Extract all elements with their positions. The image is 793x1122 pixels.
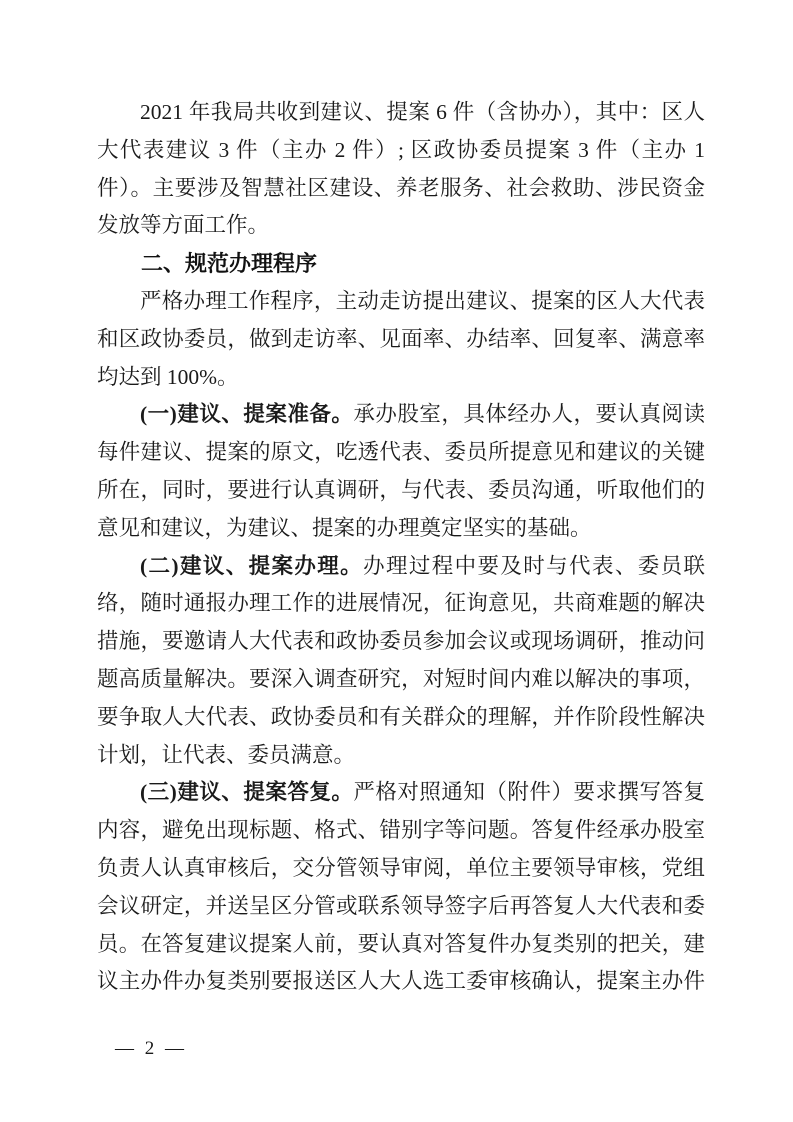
paragraph-item-3-text: 严格对照通知（附件）要求撰写答复内容，避免出现标题、格式、错别字等问题。答复件经… (97, 780, 705, 993)
paragraph-item-2-lead: (二)建议、提案办理。 (140, 554, 363, 578)
paragraph-intro: 2021 年我局共收到建议、提案 6 件（含协办），其中：区人大代表建议 3 件… (97, 94, 705, 245)
paragraph-item-3: (三)建议、提案答复。严格对照通知（附件）要求撰写答复内容，避免出现标题、格式、… (97, 774, 705, 1001)
document-body: 2021 年我局共收到建议、提案 6 件（含协办），其中：区人大代表建议 3 件… (97, 94, 705, 1001)
paragraph-item-2: (二)建议、提案办理。办理过程中要及时与代表、委员联络，随时通报办理工作的进展情… (97, 548, 705, 775)
paragraph-item-3-lead: (三)建议、提案答复。 (140, 780, 353, 804)
paragraph-section-lead: 严格办理工作程序，主动走访提出建议、提案的区人大代表和区政协委员，做到走访率、见… (97, 283, 705, 396)
document-page: 2021 年我局共收到建议、提案 6 件（含协办），其中：区人大代表建议 3 件… (0, 0, 793, 1122)
section-heading: 二、规范办理程序 (97, 245, 705, 283)
paragraph-section-lead-text: 严格办理工作程序，主动走访提出建议、提案的区人大代表和区政协委员，做到走访率、见… (97, 289, 705, 389)
paragraph-item-2-text: 办理过程中要及时与代表、委员联络，随时通报办理工作的进展情况，征询意见，共商难题… (97, 554, 705, 767)
paragraph-item-1: (一)建议、提案准备。承办股室，具体经办人，要认真阅读每件建议、提案的原文，吃透… (97, 396, 705, 547)
paragraph-intro-text: 2021 年我局共收到建议、提案 6 件（含协办），其中：区人大代表建议 3 件… (97, 100, 705, 237)
page-number: — 2 — (115, 1038, 187, 1060)
paragraph-item-1-lead: (一)建议、提案准备。 (140, 402, 353, 426)
